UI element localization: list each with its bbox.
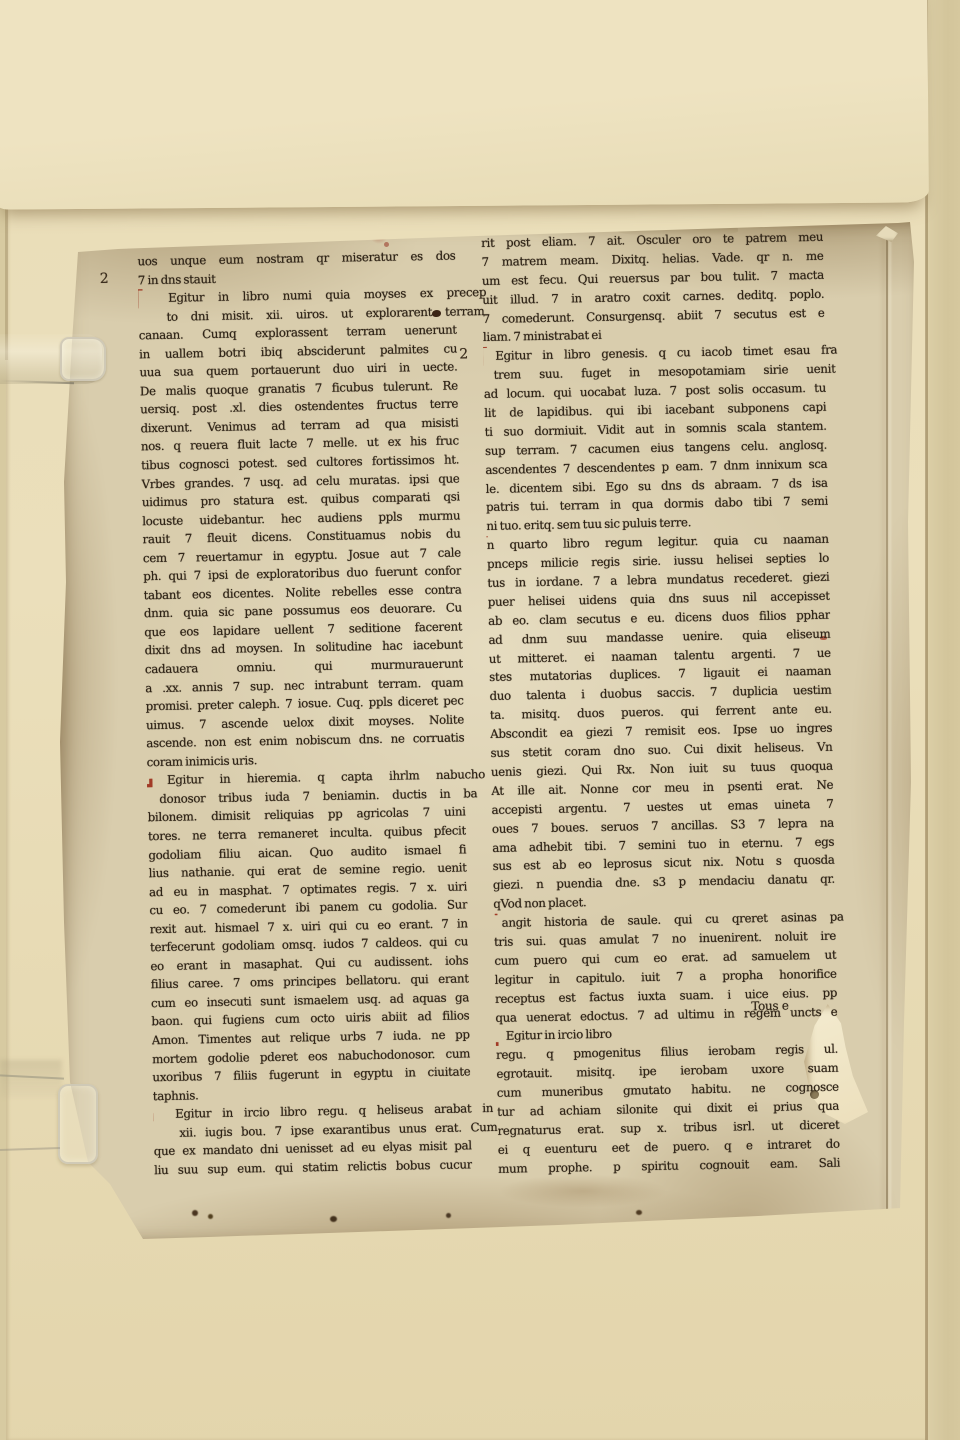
mounting-clip-bottom <box>58 1084 98 1164</box>
line-text: coram inimicis uris. <box>147 753 258 769</box>
folio-number-right: 2 <box>459 346 468 362</box>
mounting-clip-top <box>60 337 106 381</box>
folio-number-left: 2 <box>100 271 109 287</box>
line-text: mum prophe. p spiritu cognouit eam. Sali <box>498 1155 840 1175</box>
line-text: liam. 7 ministrabat ei <box>483 328 602 344</box>
text-column-right: rit post eliam. 7 ait. Osculer oro te pa… <box>481 228 840 1179</box>
parchment-leaf: uos unque eum nostram qr miseratur es do… <box>58 222 922 1244</box>
rubric-initial: L <box>138 287 156 308</box>
line-text: qVod non placet. <box>493 895 586 911</box>
manuscript-text-layer: uos unque eum nostram qr miseratur es do… <box>49 214 932 1252</box>
cover-sheet <box>0 0 929 210</box>
line-text: 7 in dns stauit <box>138 271 216 286</box>
line-text: taphnis. <box>153 1088 199 1103</box>
manuscript-photo: { "palette":{ "backdrop":"#d4c79e", "bac… <box>0 0 960 1440</box>
line-text: Egitur in ircio libro <box>506 1027 612 1043</box>
line-text: ni tuo. eritq. sem tuu sic puluis terre. <box>486 516 691 534</box>
rubric-initial: L <box>483 345 499 366</box>
text-column-left: uos unque eum nostram qr miseratur es do… <box>137 247 472 1180</box>
right-page-edge-strip <box>928 0 960 1440</box>
line-text: liu suu sup eum. qui statim relictis bob… <box>154 1157 472 1177</box>
catchword: Tous e <box>751 999 789 1014</box>
